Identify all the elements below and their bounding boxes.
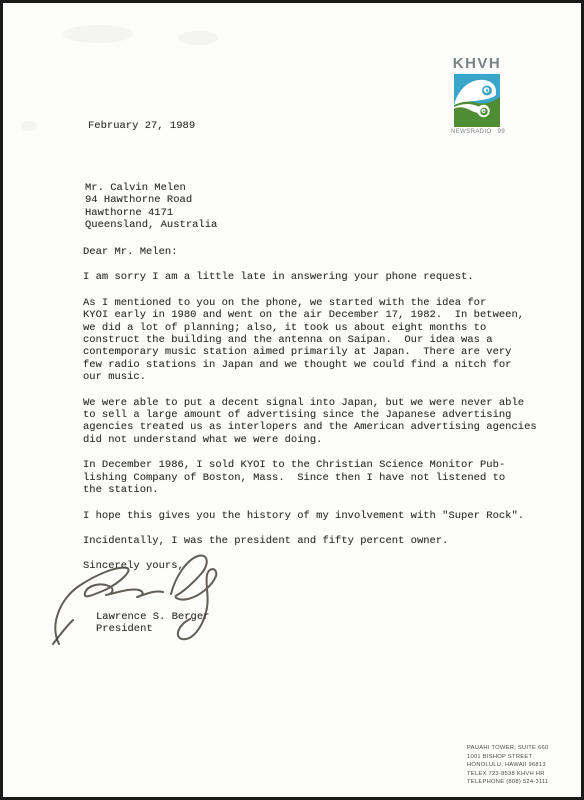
wave-logo-icon	[454, 74, 500, 127]
station-tagline: NEWSRADIO 99	[451, 129, 503, 135]
letterhead-footer-address: PAUAHI TOWER, SUITE 660 1001 BISHOP STRE…	[467, 744, 549, 787]
paragraph-1: I am sorry I am a little late in answeri…	[83, 271, 561, 283]
paragraph-3: We were able to put a decent signal into…	[83, 397, 561, 447]
letter-body: Dear Mr. Melen: I am sorry I am a little…	[83, 246, 561, 573]
station-call-letters: KHVH	[451, 57, 503, 71]
letter-page: KHVH NEWSRADIO 99 February 27, 1989 Mr. …	[0, 0, 584, 800]
scan-smudge	[21, 121, 37, 131]
signer-name: Lawrence S. Berger	[96, 611, 209, 623]
scan-smudge	[178, 31, 218, 45]
khvh-logo: KHVH NEWSRADIO 99	[451, 57, 503, 135]
salutation: Dear Mr. Melen:	[83, 246, 561, 258]
paragraph-5: I hope this gives you the history of my …	[83, 510, 561, 522]
scan-smudge	[63, 25, 133, 43]
paragraph-2: As I mentioned to you on the phone, we s…	[83, 297, 561, 384]
recipient-address: Mr. Calvin Melen 94 Hawthorne Road Hawth…	[85, 182, 217, 232]
signer-title: President	[96, 623, 153, 635]
signature-block: Lawrence S. Berger President	[96, 611, 209, 636]
letter-date: February 27, 1989	[88, 120, 195, 132]
paragraph-4: In December 1986, I sold KYOI to the Chr…	[83, 459, 561, 496]
paragraph-6: Incidentally, I was the president and fi…	[83, 535, 561, 547]
